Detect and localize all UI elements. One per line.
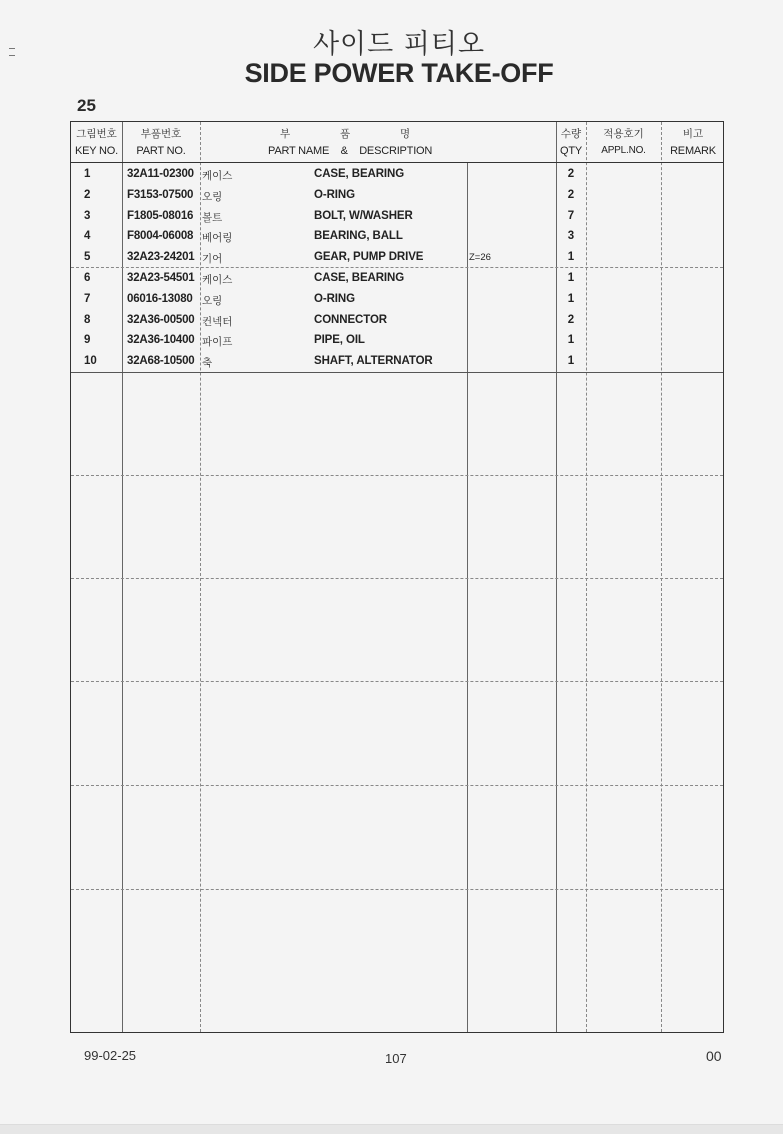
header-label: PART NO. [122, 145, 200, 157]
qty-cell: 1 [556, 355, 586, 367]
column-header-key-no: 그림번호 KEY NO. [71, 122, 122, 163]
parts-table: 그림번호 KEY NO. 부품번호 PART NO. 부품명 PART NAME… [70, 121, 724, 1033]
part-name-korean-cell: 축 [202, 355, 212, 370]
qty-cell: 2 [556, 189, 586, 201]
header-label: REMARK [661, 145, 725, 157]
page-title-korean: 사이드 피티오 [0, 22, 783, 61]
header-label-korean: 명 [400, 126, 460, 141]
qty-cell: 1 [556, 272, 586, 284]
part-name-cell: BEARING, BALL [314, 230, 403, 242]
page-title: SIDE POWER TAKE-OFF [0, 58, 783, 89]
table-row: 132A11-02300케이스CASE, BEARING2 [71, 164, 725, 185]
part-name-korean-cell: 기어 [202, 251, 222, 266]
table-row: 532A23-24201기어GEAR, PUMP DRIVEZ=261 [71, 247, 725, 268]
table-row: 832A36-00500컨넥터CONNECTOR2 [71, 310, 725, 331]
part-no-cell: 32A11-02300 [127, 168, 194, 180]
part-name-cell: GEAR, PUMP DRIVE [314, 251, 423, 263]
key-no-cell: 4 [84, 230, 90, 242]
table-row: 3F1805-08016볼트BOLT, W/WASHER7 [71, 206, 725, 227]
part-no-cell: 32A36-00500 [127, 314, 195, 326]
scan-edge [0, 1124, 783, 1134]
key-no-cell: 3 [84, 210, 90, 222]
part-name-korean-cell: 오링 [202, 293, 222, 308]
part-name-cell: BOLT, W/WASHER [314, 210, 413, 222]
part-name-korean-cell: 케이스 [202, 168, 232, 183]
key-no-cell: 1 [84, 168, 90, 180]
table-row: 706016-13080오링O-RING1 [71, 289, 725, 310]
table-row: 4F8004-06008베어링BEARING, BALL3 [71, 226, 725, 247]
part-no-cell: F3153-07500 [127, 189, 193, 201]
qty-cell: 3 [556, 230, 586, 242]
qty-cell: 1 [556, 293, 586, 305]
header-label-korean: 그림번호 [71, 126, 122, 141]
part-name-korean-cell: 볼트 [202, 210, 222, 225]
part-no-cell: F8004-06008 [127, 230, 193, 242]
part-name-korean-cell: 컨넥터 [202, 314, 232, 329]
column-header-part-name: 부품명 PART NAME & DESCRIPTION [200, 122, 556, 163]
part-no-cell: 32A23-24201 [127, 251, 195, 263]
header-divider [71, 162, 723, 163]
column-header-qty: 수량 QTY [556, 122, 586, 163]
key-no-cell: 10 [84, 355, 97, 367]
part-no-cell: 32A36-10400 [127, 334, 195, 346]
qty-cell: 7 [556, 210, 586, 222]
header-label: KEY NO. [71, 145, 122, 157]
key-no-cell: 7 [84, 293, 90, 305]
part-name-cell: PIPE, OIL [314, 334, 365, 346]
part-name-cell: CONNECTOR [314, 314, 387, 326]
header-label-korean: 적용호기 [586, 126, 661, 141]
row-group-divider [71, 785, 723, 786]
qty-cell: 2 [556, 168, 586, 180]
table-row: 632A23-54501케이스CASE, BEARING1 [71, 268, 725, 289]
table-row: 1032A68-10500축SHAFT, ALTERNATOR1 [71, 351, 725, 372]
header-label: DESCRIPTION [359, 145, 432, 157]
part-name-korean-cell: 베어링 [202, 230, 232, 245]
part-no-cell: 06016-13080 [127, 293, 193, 305]
section-number: 25 [77, 96, 96, 116]
qty-cell: 1 [556, 334, 586, 346]
catalog-page: 사이드 피티오 SIDE POWER TAKE-OFF 25 그림번호 KEY … [0, 0, 783, 1134]
part-name-cell: O-RING [314, 189, 355, 201]
key-no-cell: 8 [84, 314, 90, 326]
part-name-korean-cell: 파이프 [202, 334, 232, 349]
row-group-divider [71, 889, 723, 890]
header-label: & [341, 145, 348, 157]
key-no-cell: 6 [84, 272, 90, 284]
header-label: APPL.NO. [586, 145, 661, 156]
part-name-cell: O-RING [314, 293, 355, 305]
table-row: 2F3153-07500오링O-RING2 [71, 185, 725, 206]
header-label-korean: 수량 [556, 126, 586, 141]
qty-cell: 1 [556, 251, 586, 263]
part-name-korean-cell: 케이스 [202, 272, 232, 287]
row-group-divider [71, 578, 723, 579]
column-header-remark: 비고 REMARK [661, 122, 725, 163]
table-row: 932A36-10400파이프PIPE, OIL1 [71, 330, 725, 351]
key-no-cell: 5 [84, 251, 90, 263]
header-label-korean: 품 [340, 126, 400, 141]
header-label-korean: 비고 [661, 126, 725, 141]
part-name-cell: CASE, BEARING [314, 168, 404, 180]
part-no-cell: 32A23-54501 [127, 272, 195, 284]
page-number: 107 [385, 1051, 407, 1066]
column-header-appl-no: 적용호기 APPL.NO. [586, 122, 661, 163]
part-no-cell: F1805-08016 [127, 210, 193, 222]
revision-number: 00 [706, 1048, 722, 1064]
header-label-korean: 부품번호 [122, 126, 200, 141]
column-header-part-no: 부품번호 PART NO. [122, 122, 200, 163]
header-label: QTY [556, 145, 586, 157]
header-label: PART NAME [268, 145, 329, 157]
qty-cell: 2 [556, 314, 586, 326]
part-name-cell: SHAFT, ALTERNATOR [314, 355, 433, 367]
part-name-cell: CASE, BEARING [314, 272, 404, 284]
key-no-cell: 2 [84, 189, 90, 201]
part-no-cell: 32A68-10500 [127, 355, 195, 367]
row-group-divider [71, 475, 723, 476]
row-group-divider [71, 681, 723, 682]
header-label-korean: 부 [280, 126, 340, 141]
part-name-korean-cell: 오링 [202, 189, 222, 204]
description-cell: Z=26 [469, 252, 491, 263]
key-no-cell: 9 [84, 334, 90, 346]
footer-date: 99-02-25 [84, 1048, 136, 1063]
